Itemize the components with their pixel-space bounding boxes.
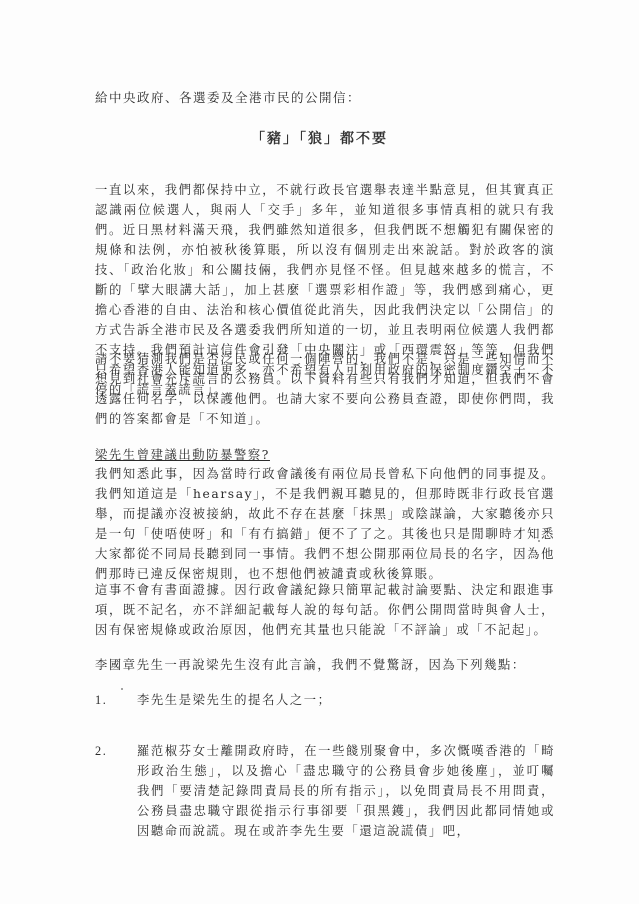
list-text: 李先生是梁先生的提名人之一； — [137, 690, 555, 710]
letter-page: 給中央政府、各選委及全港市民的公開信： 「豬」「狼」都不要 一直以來，我們都保持… — [0, 0, 639, 904]
salutation: 給中央政府、各選委及全港市民的公開信： — [95, 88, 361, 106]
paragraph-hearsay: 我們知悉此事，因為當時行政會議後有兩位局長曾私下向他們的同事提及。我們知道這是「… — [95, 464, 555, 584]
scan-speck — [121, 688, 123, 690]
list-text: 羅范椒芬女士離開政府時，在一些餞別聚會中，多次慨嘆香港的「畸形政治生態」，以及擔… — [137, 741, 555, 841]
letter-title: 「豬」「狼」都不要 — [0, 128, 639, 148]
paragraph-list-intro: 李國章先生一再說梁先生沒有此言論，我們不覺驚訝，因為下列幾點： — [95, 655, 555, 675]
list-number: 1. — [95, 690, 107, 710]
scan-speck — [538, 540, 540, 542]
section-heading: 梁先生曾建議出動防暴警察? — [95, 445, 270, 463]
paragraph-disclaimer: 請不要猜測我們是否泛民或任何一個陣營的，我們不是，只是一些知情而不想見到社會充斥… — [95, 349, 555, 429]
paragraph-no-written-evidence: 這事不會有書面證據。因行政會議紀錄只簡單記載討論要點、決定和跟進事項，既不記名，… — [95, 580, 555, 640]
list-number: 2. — [95, 741, 107, 761]
